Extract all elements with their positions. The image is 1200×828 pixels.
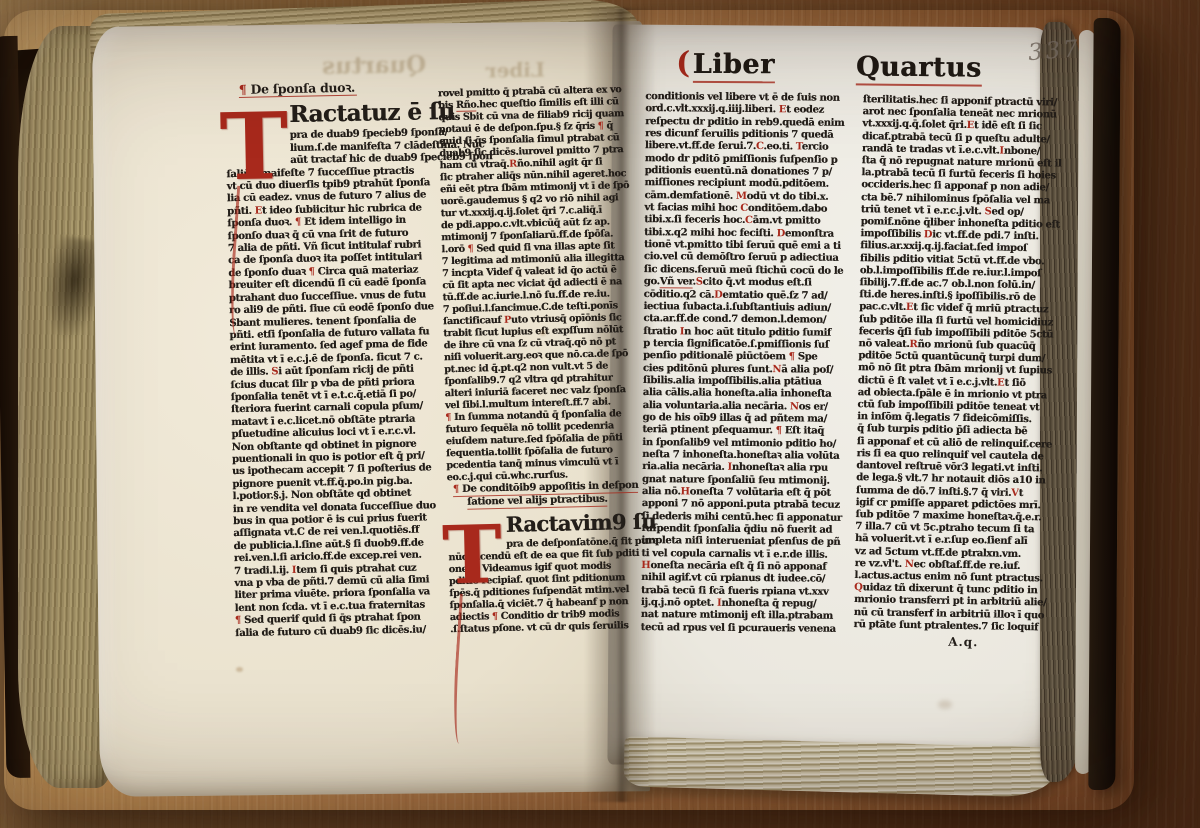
showthrough-ghost-text: Quartus <box>322 51 427 80</box>
book-photo: Quartus Liber ¶ De ſponſa duoꝛ. T Ractat… <box>0 0 1200 828</box>
lombard-initial: T <box>219 111 289 182</box>
incipit-line: Ractatuz ē ſu <box>289 96 452 130</box>
incipit-line: Ractavim9 ſu <box>505 508 646 539</box>
text-line: go.Vñ ver.Scito q̄.vt modus eſt.ſi <box>644 276 860 290</box>
body-text: pra de duab9 ſpecieb9 ſponſa/lium.ſ.de m… <box>226 127 462 640</box>
header-word: Quartus <box>856 51 982 86</box>
pencil-folio-number: 337 <box>1027 36 1082 67</box>
rubric-paragraph-mark: ( <box>676 46 691 81</box>
right-cover-edge <box>1088 18 1120 790</box>
text-line: tecū ad rpus vel ſi pcuraueris venena <box>641 622 857 636</box>
left-page-column-1: ¶ De ſponſa duoꝛ. T Ractatuz ē ſu pra de… <box>225 80 462 640</box>
right-page-column-1: conditionis vel libere vt ē de ſuis nono… <box>641 91 862 636</box>
right-page-column-2: ſterilitatis.hec ſi apponif ptractū viri… <box>853 94 1083 650</box>
lombard-initial: T <box>442 519 503 590</box>
body-text: rovel pmitto q̄ ptrabā cū altera ex vobi… <box>438 84 645 484</box>
left-page-column-2: rovel pmitto q̄ ptrabā cū altera ex vobi… <box>438 84 648 636</box>
body-text: ſterilitatis.hec ſi apponif ptractū viri… <box>853 94 1082 635</box>
running-header-liber: (Liber <box>676 46 775 82</box>
body-text: conditionis vel libere vt ē de ſuis nono… <box>641 91 862 636</box>
header-word: Liber <box>693 49 775 83</box>
showthrough-ghost-text: Liber <box>486 57 545 82</box>
running-header-quartus: Quartus <box>856 51 982 83</box>
